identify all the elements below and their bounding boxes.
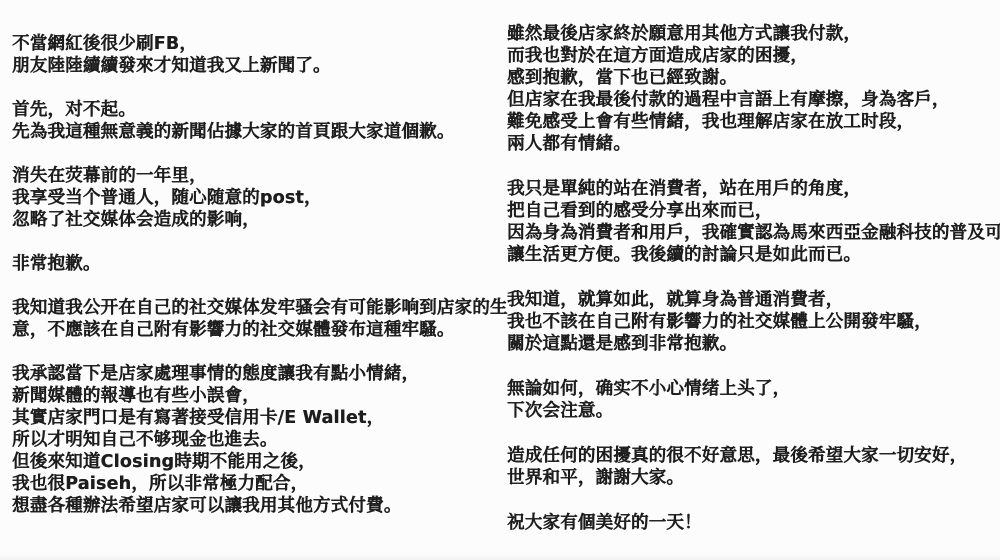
text-line: 把自己看到的感受分享出來而已， (507, 200, 999, 222)
text-line: 兩人都有情緒。 (507, 133, 999, 155)
text-line: 造成任何的困擾真的很不好意思，最後希望大家一切安好， (507, 445, 999, 467)
text-line: 我享受当个普通人，随心随意的post， (12, 187, 500, 209)
text-line: 朋友陸陸續續發來才知道我又上新聞了。 (12, 55, 500, 77)
text-line: 讓生活更方便。我後續的討論只是如此而已。 (507, 244, 999, 266)
text-line: 首先，对不起。 (12, 99, 500, 121)
text-line: 世界和平，謝謝大家。 (507, 467, 999, 489)
text-line: 難免感受上會有些情緒，我也理解店家在放工时段， (507, 111, 999, 133)
para-impact-awareness: 我知道我公开在自己的社交媒体发牢骚会有可能影响到店家的生 意，不應該在自己附有影… (12, 297, 500, 341)
text-line: 我也很Paiseh，所以非常極力配合， (12, 473, 500, 495)
para-very-sorry: 非常抱歉。 (12, 253, 500, 275)
para-news-mention: 不當網紅後很少刷FB， 朋友陸陸續續發來才知道我又上新聞了。 (12, 33, 500, 77)
text-line: 我只是單純的站在消費者，站在用戶的角度， (507, 178, 999, 200)
text-line: 先為我這種無意義的新聞佔據大家的首頁跟大家道個歉。 (12, 121, 500, 143)
text-line: 非常抱歉。 (12, 253, 500, 275)
text-line: 不當網紅後很少刷FB， (12, 33, 500, 55)
text-line: 雖然最後店家終於願意用其他方式讓我付款， (507, 23, 999, 45)
text-line: 忽略了社交媒体会造成的影响， (12, 209, 500, 231)
text-line: 我知道，就算如此，就算身為普通消費者， (507, 289, 999, 311)
text-line: 關於這點還是感到非常抱歉。 (507, 333, 999, 355)
para-final-apology: 造成任何的困擾真的很不好意思，最後希望大家一切安好， 世界和平，謝謝大家。 (507, 445, 999, 489)
text-line: 我知道我公开在自己的社交媒体发牢骚会有可能影响到店家的生 (12, 297, 500, 319)
text-line: 而我也對於在這方面造成店家的困擾， (507, 45, 999, 67)
para-should-not-rant: 我知道，就算如此，就算身為普通消費者， 我也不該在自己附有影響力的社交媒體上公開… (507, 289, 999, 355)
text-line: 祝大家有個美好的一天！ (507, 512, 999, 534)
text-line: 所以才明知自己不够现金也進去。 (12, 429, 500, 451)
para-apology-opening: 首先，对不起。 先為我這種無意義的新聞佔據大家的首頁跟大家道個歉。 (12, 99, 500, 143)
para-incident-details: 我承認當下是店家處理事情的態度讓我有點小情緒， 新聞媒體的報導也有些小誤會， 其… (12, 363, 500, 517)
text-line: 消失在荧幕前的一年里， (12, 165, 500, 187)
text-line: 下次会注意。 (507, 400, 999, 422)
text-line: 但店家在我最後付款的過程中言語上有摩擦，身為客戶， (507, 89, 999, 111)
text-line: 其實店家門口是有寫著接受信用卡/E Wallet， (12, 407, 500, 429)
para-consumer-perspective: 我只是單純的站在消費者，站在用戶的角度， 把自己看到的感受分享出來而已， 因為身… (507, 178, 999, 266)
text-line: 我承認當下是店家處理事情的態度讓我有點小情緒， (12, 363, 500, 385)
right-column: 雖然最後店家終於願意用其他方式讓我付款， 而我也對於在這方面造成店家的困擾， 感… (507, 23, 999, 557)
para-good-day-wish: 祝大家有個美好的一天！ (507, 512, 999, 534)
text-line: 感到抱歉，當下也已經致謝。 (507, 67, 999, 89)
text-line: 因為身為消費者和用戶，我確實認為馬來西亞金融科技的普及可以 (507, 222, 999, 244)
apology-statement-image: 不當網紅後很少刷FB， 朋友陸陸續續發來才知道我又上新聞了。 首先，对不起。 先… (0, 0, 1000, 560)
text-line: 新聞媒體的報導也有些小誤會， (12, 385, 500, 407)
left-column: 不當網紅後很少刷FB， 朋友陸陸續續發來才知道我又上新聞了。 首先，对不起。 先… (12, 33, 500, 539)
text-line: 但後來知道Closing時期不能用之後， (12, 451, 500, 473)
para-payment-resolution: 雖然最後店家終於願意用其他方式讓我付款， 而我也對於在這方面造成店家的困擾， 感… (507, 23, 999, 155)
para-disappeared-year: 消失在荧幕前的一年里， 我享受当个普通人，随心随意的post， 忽略了社交媒体会… (12, 165, 500, 231)
text-line: 我也不該在自己附有影響力的社交媒體上公開發牢騷， (507, 311, 999, 333)
text-line: 想盡各種辦法希望店家可以讓我用其他方式付費。 (12, 495, 500, 517)
text-line: 無論如何，确实不小心情绪上头了， (507, 378, 999, 400)
text-line: 意，不應該在自己附有影響力的社交媒體發布這種牢騷。 (12, 319, 500, 341)
para-emotions-admission: 無論如何，确实不小心情绪上头了， 下次会注意。 (507, 378, 999, 422)
